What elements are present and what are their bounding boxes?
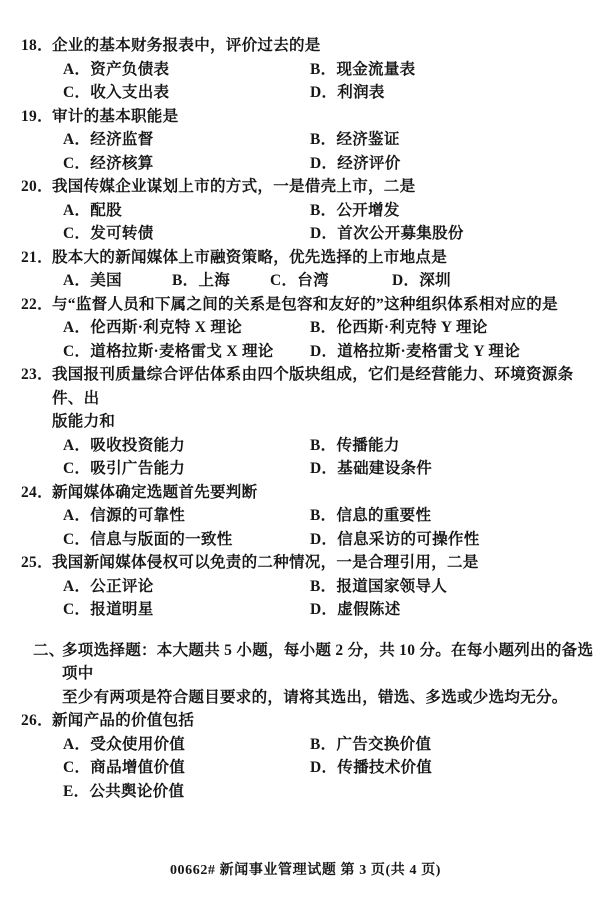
question-block: 22．与“监督人员和下属之间的关系是包容和友好的”这种组织体系相对应的是A．伦西… — [21, 293, 595, 364]
option-label: B． — [310, 202, 336, 219]
exam-page: 18．企业的基本财务报表中，评价过去的是A．资产负债表B．现金流量表C．收入支出… — [0, 0, 611, 914]
question-stem: 我国新闻媒体侵权可以免责的二种情况，一是合理引用，二是 — [52, 551, 595, 575]
option: C．发可转债 — [63, 222, 310, 246]
option: B．报道国家领导人 — [310, 575, 595, 599]
option-label: C． — [63, 460, 90, 477]
option-text: 经济监督 — [90, 131, 153, 148]
option-text: 商品增值价值 — [90, 759, 185, 776]
question-stem-row: 18．企业的基本财务报表中，评价过去的是 — [21, 34, 595, 58]
options-row: C．吸引广告能力D．基础建设条件 — [63, 457, 595, 481]
option-text: 伦西斯·利克特 Y 理论 — [336, 319, 487, 336]
options-list: A．受众使用价值B．广告交换价值C．商品增值价值D．传播技术价值E．公共舆论价值 — [63, 733, 595, 804]
option-text: 经济鉴证 — [336, 131, 399, 148]
section-text-line: 多项选择题：本大题共 5 小题，每小题 2 分，共 10 分。在每小题列出的备选… — [62, 639, 595, 686]
option-text: 资产负债表 — [90, 61, 169, 78]
option: D．道格拉斯·麦格雷戈 Y 理论 — [310, 340, 595, 364]
options-row: A．经济监督B．经济鉴证 — [63, 128, 595, 152]
question-block: 21．股本大的新闻媒体上市融资策略，优先选择的上市地点是A．美国B．上海C．台湾… — [21, 246, 595, 293]
option-text: 吸引广告能力 — [90, 460, 185, 477]
option-label: C． — [270, 272, 297, 289]
options-row: A．美国B．上海C．台湾D．深圳 — [63, 269, 595, 293]
option-text: 信源的可靠性 — [90, 507, 185, 524]
option-label: C． — [63, 601, 90, 618]
question-number: 20． — [21, 175, 52, 199]
option: C．信息与版面的一致性 — [63, 528, 310, 552]
question-block: 24．新闻媒体确定选题首先要判断A．信源的可靠性B．信息的重要性C．信息与版面的… — [21, 481, 595, 552]
question-number: 23． — [21, 363, 52, 387]
option: A．吸收投资能力 — [63, 434, 310, 458]
option: D．首次公开募集股份 — [310, 222, 595, 246]
option-text: 基础建设条件 — [337, 460, 432, 477]
option: A．公正评论 — [63, 575, 310, 599]
option: B．公开增发 — [310, 199, 595, 223]
question-stem: 新闻媒体确定选题首先要判断 — [52, 481, 595, 505]
option: D．信息采访的可操作性 — [310, 528, 595, 552]
question-stem-line: 版能力和 — [52, 410, 595, 434]
option-text: 深圳 — [419, 272, 451, 289]
option-label: D． — [310, 601, 337, 618]
option-text: 伦西斯·利克特 X 理论 — [90, 319, 242, 336]
option: A．经济监督 — [63, 128, 310, 152]
option: C．吸引广告能力 — [63, 457, 310, 481]
option-text: 广告交换价值 — [336, 736, 431, 753]
option-label: B． — [310, 736, 336, 753]
question-block: 26．新闻产品的价值包括A．受众使用价值B．广告交换价值C．商品增值价值D．传播… — [21, 709, 595, 803]
option: E．公共舆论价值 — [63, 780, 595, 804]
section-header-line: 二、多项选择题：本大题共 5 小题，每小题 2 分，共 10 分。在每小题列出的… — [33, 639, 595, 710]
option-label: C． — [63, 225, 90, 242]
question-stem: 股本大的新闻媒体上市融资策略，优先选择的上市地点是 — [52, 246, 595, 270]
question-stem-row: 24．新闻媒体确定选题首先要判断 — [21, 481, 595, 505]
option-text: 报道国家领导人 — [336, 578, 447, 595]
option-label: B． — [310, 61, 336, 78]
option: D．利润表 — [310, 81, 595, 105]
option-text: 传播能力 — [336, 437, 399, 454]
option: B．广告交换价值 — [310, 733, 595, 757]
option-label: D． — [392, 272, 419, 289]
option: D．基础建设条件 — [310, 457, 595, 481]
question-number: 26． — [21, 709, 52, 733]
question-stem-row: 21．股本大的新闻媒体上市融资策略，优先选择的上市地点是 — [21, 246, 595, 270]
question-number: 24． — [21, 481, 52, 505]
option-label: B． — [172, 272, 198, 289]
options-list: A．信源的可靠性B．信息的重要性C．信息与版面的一致性D．信息采访的可操作性 — [63, 504, 595, 551]
option-label: D． — [310, 84, 337, 101]
option-label: D． — [310, 531, 337, 548]
option: B．上海 — [172, 269, 270, 293]
option-label: C． — [63, 531, 90, 548]
options-list: A．吸收投资能力B．传播能力C．吸引广告能力D．基础建设条件 — [63, 434, 595, 481]
option-text: 道格拉斯·麦格雷戈 Y 理论 — [337, 343, 520, 360]
option-label: A． — [63, 61, 90, 78]
option-label: A． — [63, 736, 90, 753]
question-stem-row: 19．审计的基本职能是 — [21, 105, 595, 129]
question-stem: 新闻产品的价值包括 — [52, 709, 595, 733]
option-text: 经济评价 — [337, 155, 400, 172]
question-number: 18． — [21, 34, 52, 58]
question-number: 19． — [21, 105, 52, 129]
questions-area: 18．企业的基本财务报表中，评价过去的是A．资产负债表B．现金流量表C．收入支出… — [21, 34, 595, 803]
option-label: B． — [310, 507, 336, 524]
option-label: A． — [63, 202, 90, 219]
option: A．资产负债表 — [63, 58, 310, 82]
section-text-line: 至少有两项是符合题目要求的，请将其选出，错选、多选或少选均无分。 — [62, 686, 595, 710]
option-label: E． — [63, 783, 89, 800]
question-number: 25． — [21, 551, 52, 575]
option: D．虚假陈述 — [310, 598, 595, 622]
option: D．经济评价 — [310, 152, 595, 176]
option-text: 信息采访的可操作性 — [337, 531, 479, 548]
section-number: 二、 — [33, 639, 62, 663]
option: C．经济核算 — [63, 152, 310, 176]
option-text: 配股 — [90, 202, 122, 219]
option: B．现金流量表 — [310, 58, 595, 82]
option-label: B． — [310, 319, 336, 336]
options-list: A．公正评论B．报道国家领导人C．报道明星D．虚假陈述 — [63, 575, 595, 622]
question-stem-row: 25．我国新闻媒体侵权可以免责的二种情况，一是合理引用，二是 — [21, 551, 595, 575]
options-row: C．报道明星D．虚假陈述 — [63, 598, 595, 622]
option-text: 信息的重要性 — [336, 507, 431, 524]
options-row: C．道格拉斯·麦格雷戈 X 理论D．道格拉斯·麦格雷戈 Y 理论 — [63, 340, 595, 364]
option: A．受众使用价值 — [63, 733, 310, 757]
question-stem-line: 新闻媒体确定选题首先要判断 — [52, 481, 595, 505]
option: B．伦西斯·利克特 Y 理论 — [310, 316, 595, 340]
option-label: A． — [63, 131, 90, 148]
option-label: D． — [310, 343, 337, 360]
question-block: 19．审计的基本职能是A．经济监督B．经济鉴证C．经济核算D．经济评价 — [21, 105, 595, 176]
question-stem-line: 我国报刊质量综合评估体系由四个版块组成，它们是经营能力、环境资源条件、出 — [52, 363, 595, 410]
options-row: A．伦西斯·利克特 X 理论B．伦西斯·利克特 Y 理论 — [63, 316, 595, 340]
question-stem-line: 我国传媒企业谋划上市的方式，一是借壳上市，二是 — [52, 175, 595, 199]
option: B．信息的重要性 — [310, 504, 595, 528]
question-stem-line: 与“监督人员和下属之间的关系是包容和友好的”这种组织体系相对应的是 — [52, 293, 595, 317]
options-row: A．信源的可靠性B．信息的重要性 — [63, 504, 595, 528]
option-label: A． — [63, 272, 90, 289]
option-label: A． — [63, 319, 90, 336]
option-label: C． — [63, 759, 90, 776]
options-row: C．收入支出表D．利润表 — [63, 81, 595, 105]
option-text: 现金流量表 — [336, 61, 415, 78]
options-row: C．信息与版面的一致性D．信息采访的可操作性 — [63, 528, 595, 552]
options-row: A．吸收投资能力B．传播能力 — [63, 434, 595, 458]
question-stem: 我国传媒企业谋划上市的方式，一是借壳上市，二是 — [52, 175, 595, 199]
question-stem-row: 26．新闻产品的价值包括 — [21, 709, 595, 733]
option-label: C． — [63, 84, 90, 101]
option: C．道格拉斯·麦格雷戈 X 理论 — [63, 340, 310, 364]
options-row: A．配股B．公开增发 — [63, 199, 595, 223]
option-text: 发可转债 — [90, 225, 153, 242]
option: D．深圳 — [392, 269, 595, 293]
options-row: A．公正评论B．报道国家领导人 — [63, 575, 595, 599]
option-label: B． — [310, 437, 336, 454]
section-text: 多项选择题：本大题共 5 小题，每小题 2 分，共 10 分。在每小题列出的备选… — [62, 639, 595, 710]
option-text: 道格拉斯·麦格雷戈 X 理论 — [90, 343, 273, 360]
question-stem: 审计的基本职能是 — [52, 105, 595, 129]
option-text: 吸收投资能力 — [90, 437, 185, 454]
options-row: C．商品增值价值D．传播技术价值 — [63, 756, 595, 780]
options-list: A．经济监督B．经济鉴证C．经济核算D．经济评价 — [63, 128, 595, 175]
option-label: C． — [63, 155, 90, 172]
option-text: 公共舆论价值 — [89, 783, 184, 800]
question-stem-line: 新闻产品的价值包括 — [52, 709, 595, 733]
option-label: D． — [310, 155, 337, 172]
question-stem-row: 23．我国报刊质量综合评估体系由四个版块组成，它们是经营能力、环境资源条件、出版… — [21, 363, 595, 434]
question-number: 22． — [21, 293, 52, 317]
option: A．美国 — [63, 269, 172, 293]
section-header: 二、多项选择题：本大题共 5 小题，每小题 2 分，共 10 分。在每小题列出的… — [21, 639, 595, 710]
option: C．收入支出表 — [63, 81, 310, 105]
option: C．商品增值价值 — [63, 756, 310, 780]
options-row: E．公共舆论价值 — [63, 780, 595, 804]
option-label: D． — [310, 225, 337, 242]
options-row: A．资产负债表B．现金流量表 — [63, 58, 595, 82]
option-label: B． — [310, 131, 336, 148]
option-label: D． — [310, 460, 337, 477]
option: A．伦西斯·利克特 X 理论 — [63, 316, 310, 340]
option-text: 公开增发 — [336, 202, 399, 219]
question-block: 18．企业的基本财务报表中，评价过去的是A．资产负债表B．现金流量表C．收入支出… — [21, 34, 595, 105]
option-text: 受众使用价值 — [90, 736, 185, 753]
option: C．台湾 — [270, 269, 392, 293]
option-label: D． — [310, 759, 337, 776]
option-text: 传播技术价值 — [337, 759, 432, 776]
option-text: 经济核算 — [90, 155, 153, 172]
question-stem-line: 审计的基本职能是 — [52, 105, 595, 129]
options-row: A．受众使用价值B．广告交换价值 — [63, 733, 595, 757]
option-text: 虚假陈述 — [337, 601, 400, 618]
option-text: 公正评论 — [90, 578, 153, 595]
option: B．经济鉴证 — [310, 128, 595, 152]
footer-text: 00662# 新闻事业管理试题 第 3 页(共 4 页) — [170, 863, 441, 878]
question-stem-row: 20．我国传媒企业谋划上市的方式，一是借壳上市，二是 — [21, 175, 595, 199]
option-text: 台湾 — [297, 272, 329, 289]
option-text: 收入支出表 — [90, 84, 169, 101]
option-text: 报道明星 — [90, 601, 153, 618]
options-row: C．经济核算D．经济评价 — [63, 152, 595, 176]
question-stem-row: 22．与“监督人员和下属之间的关系是包容和友好的”这种组织体系相对应的是 — [21, 293, 595, 317]
option-text: 美国 — [90, 272, 122, 289]
page-footer: 00662# 新闻事业管理试题 第 3 页(共 4 页) — [0, 859, 611, 883]
option: B．传播能力 — [310, 434, 595, 458]
option-label: A． — [63, 437, 90, 454]
options-list: A．资产负债表B．现金流量表C．收入支出表D．利润表 — [63, 58, 595, 105]
options-list: A．配股B．公开增发C．发可转债D．首次公开募集股份 — [63, 199, 595, 246]
options-list: A．伦西斯·利克特 X 理论B．伦西斯·利克特 Y 理论C．道格拉斯·麦格雷戈 … — [63, 316, 595, 363]
option-text: 上海 — [198, 272, 230, 289]
option-label: A． — [63, 578, 90, 595]
question-block: 23．我国报刊质量综合评估体系由四个版块组成，它们是经营能力、环境资源条件、出版… — [21, 363, 595, 481]
option-text: 首次公开募集股份 — [337, 225, 463, 242]
option-label: A． — [63, 507, 90, 524]
question-stem-line: 我国新闻媒体侵权可以免责的二种情况，一是合理引用，二是 — [52, 551, 595, 575]
options-list: A．美国B．上海C．台湾D．深圳 — [63, 269, 595, 293]
option: C．报道明星 — [63, 598, 310, 622]
question-block: 25．我国新闻媒体侵权可以免责的二种情况，一是合理引用，二是A．公正评论B．报道… — [21, 551, 595, 622]
question-stem: 企业的基本财务报表中，评价过去的是 — [52, 34, 595, 58]
question-number: 21． — [21, 246, 52, 270]
option-text: 信息与版面的一致性 — [90, 531, 232, 548]
option: A．配股 — [63, 199, 310, 223]
option: D．传播技术价值 — [310, 756, 595, 780]
option-label: C． — [63, 343, 90, 360]
question-stem: 与“监督人员和下属之间的关系是包容和友好的”这种组织体系相对应的是 — [52, 293, 595, 317]
option: A．信源的可靠性 — [63, 504, 310, 528]
question-stem: 我国报刊质量综合评估体系由四个版块组成，它们是经营能力、环境资源条件、出版能力和 — [52, 363, 595, 434]
options-row: C．发可转债D．首次公开募集股份 — [63, 222, 595, 246]
question-block: 20．我国传媒企业谋划上市的方式，一是借壳上市，二是A．配股B．公开增发C．发可… — [21, 175, 595, 246]
question-stem-line: 企业的基本财务报表中，评价过去的是 — [52, 34, 595, 58]
option-text: 利润表 — [337, 84, 384, 101]
option-label: B． — [310, 578, 336, 595]
question-stem-line: 股本大的新闻媒体上市融资策略，优先选择的上市地点是 — [52, 246, 595, 270]
